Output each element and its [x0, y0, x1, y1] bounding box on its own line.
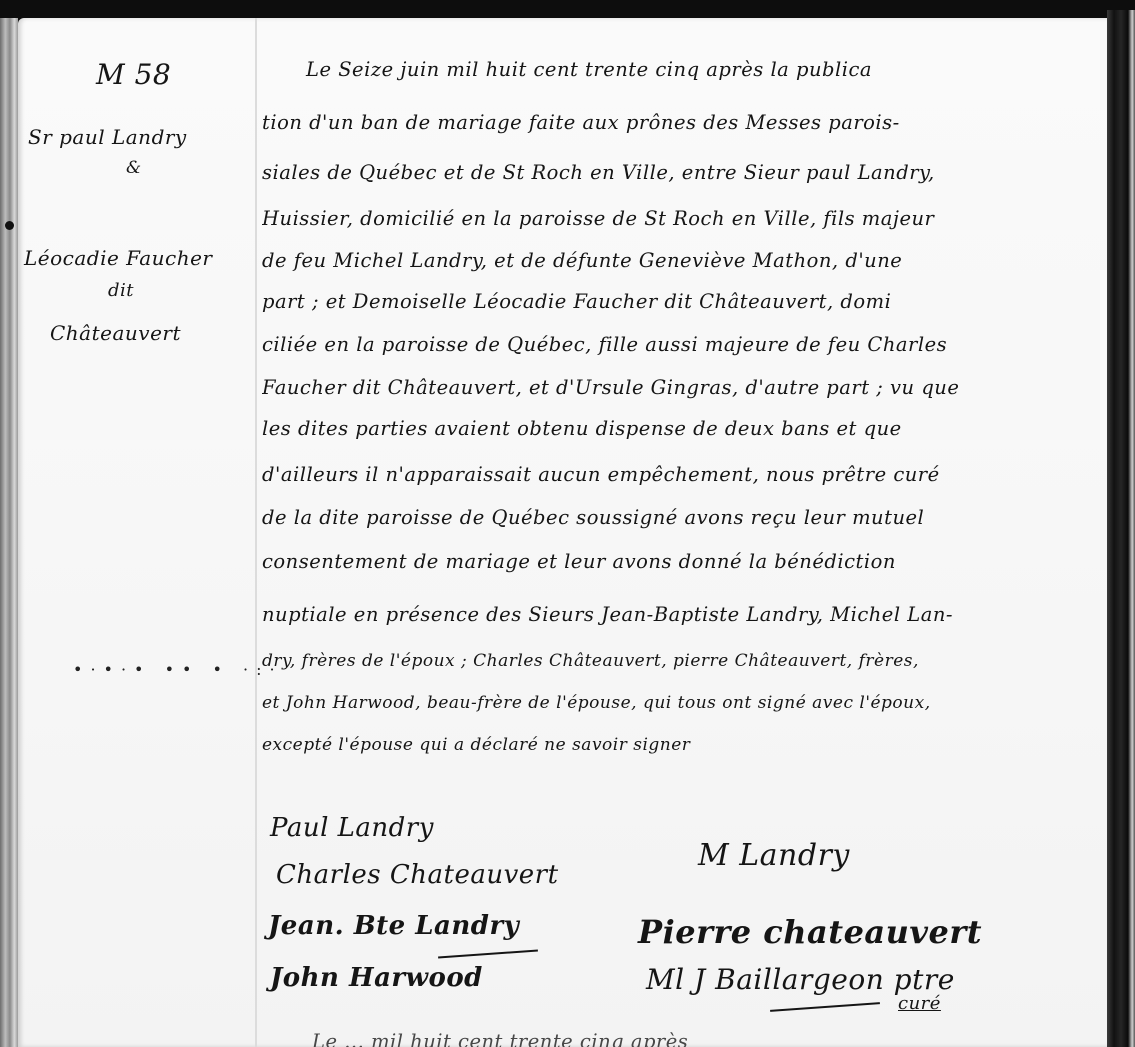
margin-bride-name: Léocadie Faucher — [24, 246, 212, 270]
body-line-12: consentement de mariage et leur avons do… — [262, 550, 1102, 573]
signature-m-landry: M Landry — [698, 838, 850, 873]
signature-pierre-chateauvert: Pierre chateauvert — [638, 913, 982, 951]
binding-hole — [5, 221, 14, 230]
signature-john-harwood: John Harwood — [270, 963, 483, 993]
signature-title-cure: curé — [898, 993, 941, 1014]
body-line-15: et John Harwood, beau-frère de l'épouse,… — [262, 693, 1102, 713]
body-line-7: ciliée en la paroisse de Québec, fille a… — [262, 333, 1102, 356]
scan-top-edge — [0, 0, 1135, 20]
signature-baillargeon: Ml J Baillargeon ptre — [646, 963, 955, 996]
margin-bride-dit: dit — [108, 280, 134, 301]
body-line-4: Huissier, domicilié en la paroisse de St… — [262, 207, 1102, 230]
body-line-1: Le Seize juin mil huit cent trente cinq … — [262, 58, 1102, 81]
body-line-16: excepté l'épouse qui a déclaré ne savoir… — [262, 735, 1102, 755]
body-line-6: part ; et Demoiselle Léocadie Faucher di… — [262, 290, 1102, 313]
book-binding-left — [0, 18, 18, 1047]
signature-paul-landry: Paul Landry — [270, 813, 434, 843]
signature-jean-bte-landry: Jean. Bte Landry — [268, 911, 519, 941]
margin-filler-dots: •·•·• •• • ·:· — [73, 660, 283, 679]
body-line-13: nuptiale en présence des Sieurs Jean-Bap… — [262, 603, 1102, 626]
margin-conjunction: & — [126, 158, 142, 178]
body-line-5: de feu Michel Landry, et de défunte Gene… — [262, 249, 1102, 272]
next-entry-partial-line: Le ... mil huit cent trente cinq après — [262, 1030, 1102, 1047]
baillargeon-underline — [770, 1002, 880, 1012]
signature-charles-chateauvert: Charles Chateauvert — [276, 860, 559, 890]
signature-flourish — [438, 950, 538, 959]
book-binding-right — [1107, 10, 1135, 1047]
margin-groom-name: Sr paul Landry — [28, 125, 187, 149]
body-line-3: siales de Québec et de St Roch en Ville,… — [262, 161, 1102, 184]
margin-bride-surname: Châteauvert — [50, 321, 181, 345]
entry-number: M 58 — [96, 58, 171, 91]
body-line-8: Faucher dit Châteauvert, et d'Ursule Gin… — [262, 376, 1102, 399]
body-line-9: les dites parties avaient obtenu dispens… — [262, 417, 1102, 440]
body-line-14: dry, frères de l'époux ; Charles Château… — [262, 651, 1102, 671]
register-page: M 58 Sr paul Landry & Léocadie Faucher d… — [18, 18, 1107, 1047]
body-line-11: de la dite paroisse de Québec soussigné … — [262, 506, 1102, 529]
body-line-10: d'ailleurs il n'apparaissait aucun empêc… — [262, 463, 1102, 486]
body-line-2: tion d'un ban de mariage faite aux prône… — [262, 111, 1102, 134]
margin-rule — [255, 18, 257, 1047]
